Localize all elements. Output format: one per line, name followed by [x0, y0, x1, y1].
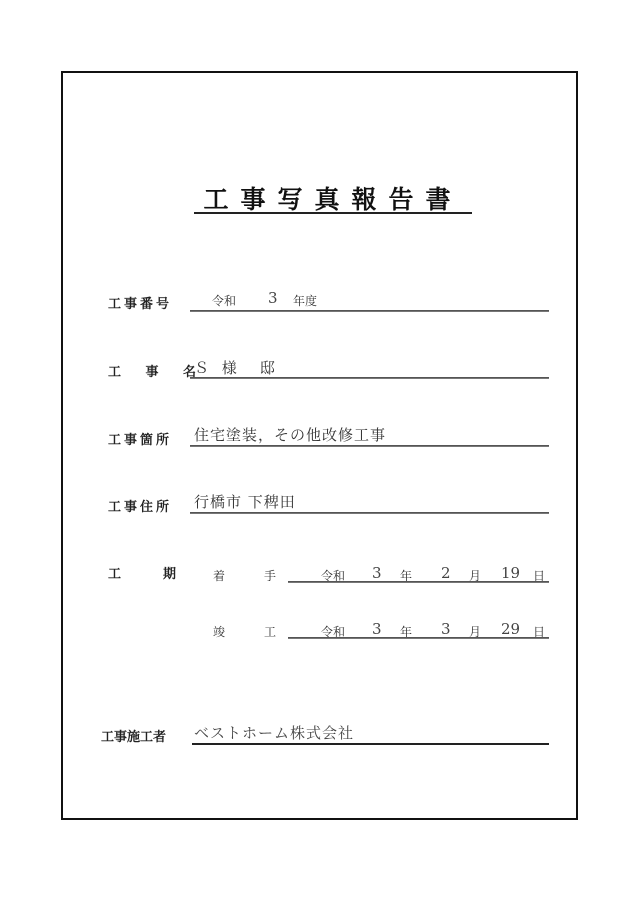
koji-kasho-line: [190, 445, 549, 447]
end-line: [288, 637, 549, 639]
koji-mei-line: [190, 377, 549, 379]
document-title: 工事写真報告書: [195, 180, 471, 216]
sekosha-line: [192, 743, 549, 745]
koji-bango-year: 3: [268, 289, 278, 307]
label-koki-2: 期: [163, 563, 176, 582]
label-koki-1: 工: [108, 563, 121, 582]
koji-bango-line: [190, 310, 549, 312]
start-month: 2: [441, 564, 451, 582]
start-day: 19: [501, 564, 520, 582]
koji-jusho-value: 行橋市 下稗田: [194, 491, 296, 512]
end-month: 3: [441, 620, 451, 638]
koji-mei-value: Ｓ 様 邸: [194, 357, 279, 378]
start-label-2: 手: [264, 567, 276, 584]
end-day: 29: [501, 620, 520, 638]
label-koji-jusho: 工事住所: [108, 496, 172, 515]
koji-jusho-line: [190, 512, 549, 514]
start-year: 3: [372, 564, 382, 582]
end-label-2: 工: [264, 623, 276, 640]
start-label-1: 着: [213, 567, 225, 584]
koji-bango-era: 令和: [212, 292, 236, 309]
koji-bango-suffix: 年度: [293, 292, 317, 309]
start-line: [288, 581, 549, 583]
title-underline: [194, 212, 472, 214]
label-sekosha: 工事施工者: [101, 726, 166, 745]
end-year: 3: [372, 620, 382, 638]
sekosha-value: ベストホーム株式会社: [194, 722, 354, 743]
koji-kasho-value: 住宅塗装，その他改修工事: [194, 424, 386, 445]
label-koji-kasho: 工事箇所: [108, 429, 172, 448]
end-label-1: 竣: [213, 623, 225, 640]
label-koji-bango: 工事番号: [108, 293, 172, 312]
